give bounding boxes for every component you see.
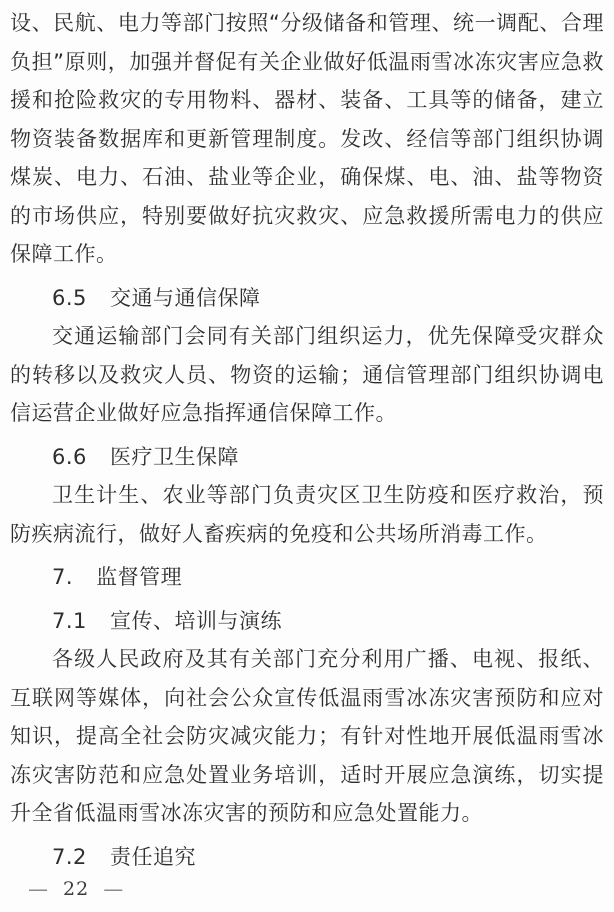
section-heading-7-2: 7.2责任追究 [10, 838, 604, 877]
document-body: 设、民航、电力等部门按照“分级储备和管理、统一调配、合理负担”原则，加强并督促有… [0, 0, 614, 876]
paragraph: 各级人民政府及其有关部门充分利用广播、电视、报纸、互联网等媒体，向社会公众宣传低… [10, 640, 604, 833]
section-title: 交通与通信保障 [110, 279, 261, 318]
section-number: 6.5 [52, 279, 87, 318]
page-footer: — 22 — [28, 878, 124, 900]
paragraph-continuation: 设、民航、电力等部门按照“分级储备和管理、统一调配、合理负担”原则，加强并督促有… [10, 4, 604, 274]
footer-dash-right: — [103, 879, 124, 899]
section-number: 7.2 [52, 838, 87, 877]
section-title: 监督管理 [96, 558, 182, 597]
page-number: 22 [63, 878, 89, 900]
document-page: 设、民航、电力等部门按照“分级储备和管理、统一调配、合理负担”原则，加强并督促有… [0, 0, 614, 912]
section-heading-7-1: 7.1宣传、培训与演练 [10, 602, 604, 641]
paragraph: 卫生计生、农业等部门负责灾区卫生防疫和医疗救治，预防疾病流行，做好人畜疾病的免疫… [10, 476, 604, 553]
section-number: 6.6 [52, 438, 87, 477]
footer-dash-left: — [28, 879, 49, 899]
paragraph: 交通运输部门会同有关部门组织运力，优先保障受灾群众的转移以及救灾人员、物资的运输… [10, 317, 604, 433]
section-heading-6-5: 6.5交通与通信保障 [10, 279, 604, 318]
section-title: 责任追究 [110, 838, 196, 877]
section-number: 7.1 [52, 602, 87, 641]
section-number: 7. [52, 558, 73, 597]
section-heading-6-6: 6.6医疗卫生保障 [10, 438, 604, 477]
section-title: 医疗卫生保障 [110, 438, 239, 477]
section-heading-7: 7.监督管理 [10, 558, 604, 597]
section-title: 宣传、培训与演练 [110, 602, 282, 641]
